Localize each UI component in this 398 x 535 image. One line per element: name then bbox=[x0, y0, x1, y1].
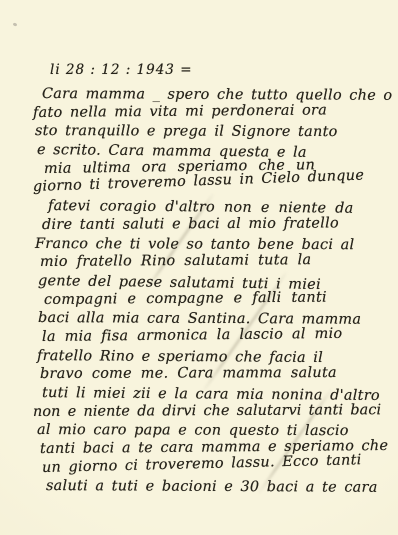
letter-line: compagni e compagne e falli tanti bbox=[44, 287, 398, 309]
letter-line: la mia fisa armonica la lascio al mio bbox=[42, 324, 398, 346]
letter-date: li 28 : 12 : 1943 = bbox=[50, 62, 193, 78]
letter-body: Cara mamma _ spero che tutto quello che … bbox=[0, 85, 398, 496]
letter-line: fato nella mia vita mi perdonerai ora bbox=[33, 101, 398, 123]
paper-speck bbox=[13, 22, 18, 26]
letter-line: saluti a tuti e bacioni e 30 baci a te c… bbox=[46, 477, 398, 498]
letter-line: sto tranquillo e prega il Signore tanto bbox=[35, 122, 398, 142]
letter-line: non e niente da dirvi che salutarvi tant… bbox=[33, 401, 398, 422]
letter-line: mio fratello Rino salutami tuta la bbox=[40, 251, 398, 272]
letter-page: li 28 : 12 : 1943 = Cara mamma _ spero c… bbox=[0, 0, 398, 535]
letter-line: dire tanti saluti e baci al mio fratello bbox=[42, 214, 398, 235]
letter-line: bravo come me. Cara mamma saluta bbox=[40, 364, 398, 384]
